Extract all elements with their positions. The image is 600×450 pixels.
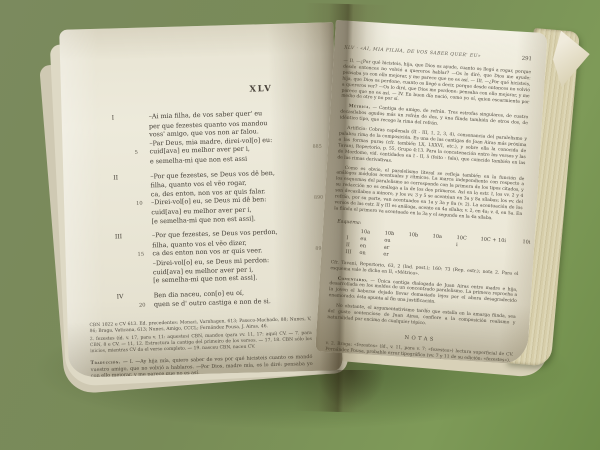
- verse-number: [139, 291, 154, 301]
- metrica-paragraph-2: Artificio: Cobras capdenals (II - III, 1…: [337, 125, 527, 172]
- esquema-stanza: III: [345, 249, 359, 257]
- verse-number: 5: [135, 148, 150, 158]
- verse-text: [e semelha-mi que non est assi].: [151, 214, 255, 226]
- verse-number: [136, 217, 151, 226]
- right-page-content: XLV · «AI, MIA FILHA, DE VOS SABER QUER'…: [315, 20, 547, 365]
- verse-number: 15: [137, 250, 152, 260]
- metrica-paragraph-3: Como es obvio, el paralelismo literal se…: [334, 165, 525, 224]
- photo-open-book: XLV I–Ai mia filha, de vos saber quer' e…: [0, 0, 600, 450]
- page-number: 291: [521, 56, 532, 63]
- verse-number: [138, 276, 153, 285]
- esquema-rhyme: on: [359, 250, 383, 258]
- cantiga-number-heading: XLV: [195, 82, 327, 96]
- stanza-numeral: [113, 158, 135, 167]
- verse-number: [137, 232, 152, 242]
- verse-number: [135, 157, 150, 166]
- verse-number: [135, 172, 150, 182]
- right-page: XLV · «AI, MIA FILHA, DE VOS SABER QUER'…: [315, 20, 547, 365]
- left-page-content: XLV I–Ai mia filha, de vos saber quer' e…: [59, 22, 343, 378]
- verse-number: [134, 112, 149, 122]
- verse-number: 20: [139, 301, 154, 311]
- verse-text: quen se d' outro castiga e non de si.: [154, 297, 271, 310]
- stanza-numeral: [117, 301, 139, 311]
- margin-verse-count: 890: [314, 195, 323, 204]
- apparatus-footnotes: CBN 1022 e CV 613. Ed. precedentes: Mona…: [89, 317, 312, 355]
- esquema-rhyme: i: [456, 242, 480, 250]
- stanza-numeral: [116, 277, 138, 286]
- footnote-variants: 2. fezestes (íd. v. 17, para v. 11: aque…: [90, 331, 312, 354]
- verse-text: [e semelha-mi que non est assi].: [153, 274, 257, 286]
- verse-number: 10: [136, 199, 151, 209]
- stanza-numeral: [114, 217, 136, 226]
- verse-text: e semelha-mi que non est assi: [150, 155, 247, 166]
- esquema-rhyme: er: [383, 251, 407, 259]
- translation-continuation: — II. —¿Por qué hicisteis, hija, que Dio…: [341, 59, 531, 112]
- esquema-cell: [408, 239, 432, 247]
- margin-verse-count: 885: [312, 144, 321, 153]
- running-head: XLV · «AI, MIA FILHA, DE VOS SABER QUER'…: [344, 46, 481, 60]
- esquema-block: Esquema: 10a 10b 10b 10a 10C 10C + 10i 1…: [335, 218, 521, 266]
- esquema-cell: [432, 240, 456, 248]
- left-page: XLV I–Ai mia filha, de vos saber quer' e…: [59, 22, 343, 378]
